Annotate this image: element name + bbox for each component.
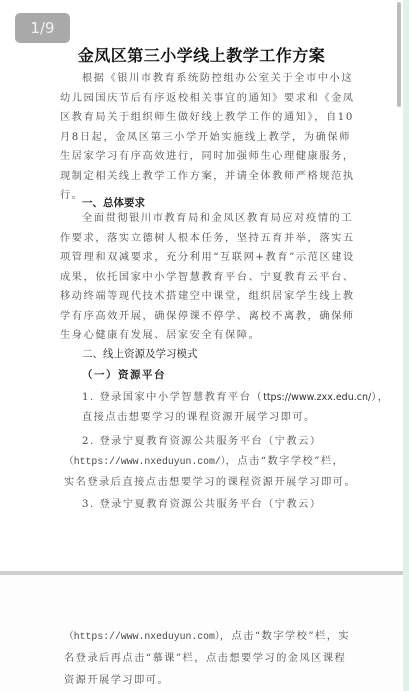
document-title: 金凤区第三小学线上教学工作方案	[0, 43, 403, 66]
page-2-line-1: （https://www.nxeduyun.com），点击“数字学校”栏，实	[64, 627, 350, 642]
list-item-2: 2. 登录宁夏教育资源公共服务平台（宁教云）	[82, 432, 322, 447]
section-1-heading: 一、总体要求	[82, 195, 145, 210]
document-page-1: 金凤区第三小学线上教学工作方案 根据《银川市教育系统防控组办公室关于全市中小这幼…	[0, 0, 403, 571]
right-edge-strip	[403, 0, 409, 691]
nxeduyun-url-link[interactable]: （https://www.nxeduyun.com/）	[64, 456, 226, 467]
intro-paragraph: 根据《银川市教育系统防控组办公室关于全市中小这幼儿园国庆节后有序返校相关事宜的通…	[60, 69, 360, 206]
nxeduyun-url-link-2[interactable]: （https://www.nxeduyun.com）	[64, 631, 220, 642]
vertical-scrollbar-thumb[interactable]	[397, 2, 401, 107]
page-2-line-3: 资源开展学习即可。	[64, 671, 169, 686]
page-2-line-1-suffix: ，点击“数字学校”栏，实	[220, 631, 350, 642]
document-page-2: （https://www.nxeduyun.com），点击“数字学校”栏，实 名…	[0, 575, 403, 691]
list-item-3: 3. 登录宁夏教育资源公共服务平台（宁教云）	[82, 495, 322, 510]
list-item-1-suffix: ），	[371, 392, 389, 403]
list-item-1-continued: 直接点击想要学习的课程资源开展学习即可。	[82, 408, 316, 423]
list-item-2-continued: 实名登录后直接点击想要学习的课程资源开展学习即可。	[64, 473, 356, 488]
document-viewer: 金凤区第三小学线上教学工作方案 根据《银川市教育系统防控组办公室关于全市中小这幼…	[0, 0, 409, 691]
list-item-2-url-line: （https://www.nxeduyun.com/），点击“数字学校”栏，	[64, 452, 344, 467]
page-2-line-2: 名登录后再点击“慕课”栏，点击想要学习的金凤区课程	[64, 649, 346, 664]
section-2-heading: 二、线上资源及学习模式	[82, 346, 198, 361]
list-item-2-suffix: ，点击“数字学校”栏，	[226, 456, 345, 467]
page-indicator-badge: 1/9	[15, 13, 70, 43]
list-item-1: 1. 登录国家中小学智慧教育平台（ttps://www.zxx.edu.cn/）…	[82, 388, 389, 403]
section-1-body: 全面贯彻银川市教育局和金凤区教育局应对疫情的工作要求，落实立德树人根本任务，坚持…	[60, 209, 360, 346]
zxx-url-link[interactable]: ttps://www.zxx.edu.cn/	[263, 392, 371, 403]
subsection-resource-platform: （一）资源平台	[82, 367, 166, 382]
list-item-1-text: 1. 登录国家中小学智慧教育平台（	[82, 392, 263, 403]
